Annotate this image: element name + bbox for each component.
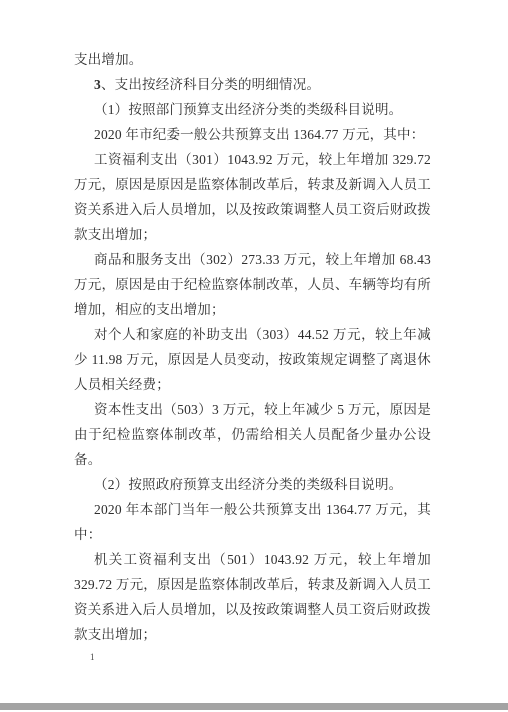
page-bottom-edge — [0, 703, 508, 710]
para-heading-sub-2: （2）按照政府预算支出经济分类的类级科目说明。 — [74, 472, 431, 497]
para-budget-total-government: 2020 年本部门当年一般公共预算支出 1364.77 万元，其中： — [74, 497, 431, 547]
para-expense-301-wages: 工资福利支出（301）1043.92 万元，较上年增加 329.72万元，原因是… — [74, 147, 431, 247]
text-line: 329.72 万元，原因是监察体制改革后，转隶及新调入人员工 — [74, 572, 431, 597]
para-continued-from-previous-page: 支出增加。 — [74, 47, 431, 72]
page-number: 1 — [90, 651, 95, 663]
text-line: 资关系进入后人员增加，以及按政策调整人员工资后财政拨 — [74, 597, 431, 622]
text-line: 备。 — [74, 447, 431, 472]
para-heading-sub-1: （1）按照部门预算支出经济分类的类级科目说明。 — [74, 97, 431, 122]
text-line: 对个人和家庭的补助支出（303）44.52 万元，较上年减 — [74, 322, 431, 347]
document-page: 支出增加。3、支出按经济科目分类的明细情况。（1）按照部门预算支出经济分类的类级… — [0, 0, 508, 712]
text-line: 款支出增加； — [74, 622, 431, 647]
text-line: 2020 年市纪委一般公共预算支出 1364.77 万元，其中： — [74, 122, 431, 147]
text-line: 机关工资福利支出（501）1043.92 万元，较上年增加 — [74, 547, 431, 572]
para-expense-501-agency-wages: 机关工资福利支出（501）1043.92 万元，较上年增加329.72 万元，原… — [74, 547, 431, 647]
text-line: 款支出增加； — [74, 222, 431, 247]
text-line: 2020 年本部门当年一般公共预算支出 1364.77 万元，其 — [74, 497, 431, 522]
para-expense-303-subsidies: 对个人和家庭的补助支出（303）44.52 万元，较上年减少 11.98 万元，… — [74, 322, 431, 397]
text-line: 工资福利支出（301）1043.92 万元，较上年增加 329.72 — [74, 147, 431, 172]
text-line: 资本性支出（503）3 万元，较上年减少 5 万元，原因是 — [74, 397, 431, 422]
para-expense-503-capital: 资本性支出（503）3 万元，较上年减少 5 万元，原因是由于纪检监察体制改革，… — [74, 397, 431, 472]
text-line: 中： — [74, 522, 431, 547]
para-expense-302-goods-services: 商品和服务支出（302）273.33 万元，较上年增加 68.43万元，原因是由… — [74, 247, 431, 322]
text-line: （1）按照部门预算支出经济分类的类级科目说明。 — [74, 97, 431, 122]
text-line: 3、支出按经济科目分类的明细情况。 — [74, 72, 431, 97]
text-line: 增加，相应的支出增加； — [74, 297, 431, 322]
text-line: 万元，原因是原因是监察体制改革后，转隶及新调入人员工 — [74, 172, 431, 197]
para-heading-item-3: 3、支出按经济科目分类的明细情况。 — [74, 72, 431, 97]
text-line: 少 11.98 万元，原因是人员变动，按政策规定调整了离退休 — [74, 347, 431, 372]
para-budget-total-department: 2020 年市纪委一般公共预算支出 1364.77 万元，其中： — [74, 122, 431, 147]
text-line: 资关系进入后人员增加，以及按政策调整人员工资后财政拨 — [74, 197, 431, 222]
text-line: （2）按照政府预算支出经济分类的类级科目说明。 — [74, 472, 431, 497]
text-line: 万元，原因是由于纪检监察体制改革，人员、车辆等均有所 — [74, 272, 431, 297]
document-body: 支出增加。3、支出按经济科目分类的明细情况。（1）按照部门预算支出经济分类的类级… — [74, 47, 431, 647]
text-line: 支出增加。 — [74, 47, 431, 72]
text-line: 人员相关经费； — [74, 372, 431, 397]
text-line: 商品和服务支出（302）273.33 万元，较上年增加 68.43 — [74, 247, 431, 272]
text-line: 由于纪检监察体制改革，仍需给相关人员配备少量办公设 — [74, 422, 431, 447]
